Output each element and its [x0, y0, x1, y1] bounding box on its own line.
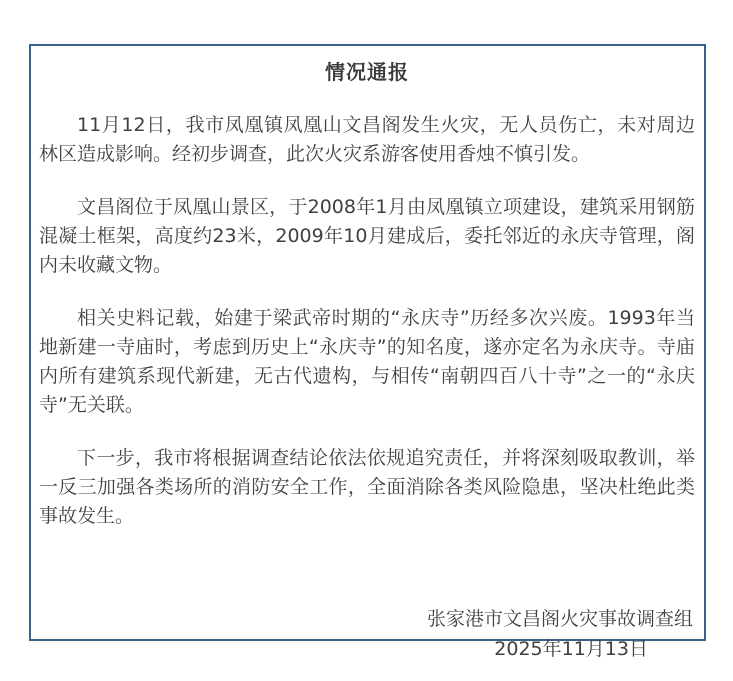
notice-document: 情况通报 11月12日，我市凤凰镇凤凰山文昌阁发生火灾，无人员伤亡，未对周边林区…	[29, 44, 706, 641]
signature-date: 2025年11月13日	[39, 634, 695, 664]
signature-block: 张家港市文昌阁火灾事故调查组 2025年11月13日	[39, 604, 695, 664]
paragraph-temple-history: 相关史料记载，始建于梁武帝时期的“永庆寺”历经多次兴废。1993年当地新建一寺庙…	[39, 304, 695, 420]
signature-organization: 张家港市文昌阁火灾事故调查组	[39, 604, 695, 634]
paragraph-building-info: 文昌阁位于凤凰山景区，于2008年1月由凤凰镇立项建设，建筑采用钢筋混凝土框架，…	[39, 193, 695, 280]
document-title: 情况通报	[39, 61, 695, 83]
paragraph-next-steps: 下一步，我市将根据调查结论依法依规追究责任，并将深刻吸取教训，举一反三加强各类场…	[39, 444, 695, 531]
paragraph-incident-summary: 11月12日，我市凤凰镇凤凰山文昌阁发生火灾，无人员伤亡，未对周边林区造成影响。…	[39, 111, 695, 169]
page-background: 情况通报 11月12日，我市凤凰镇凤凰山文昌阁发生火灾，无人员伤亡，未对周边林区…	[0, 0, 733, 681]
